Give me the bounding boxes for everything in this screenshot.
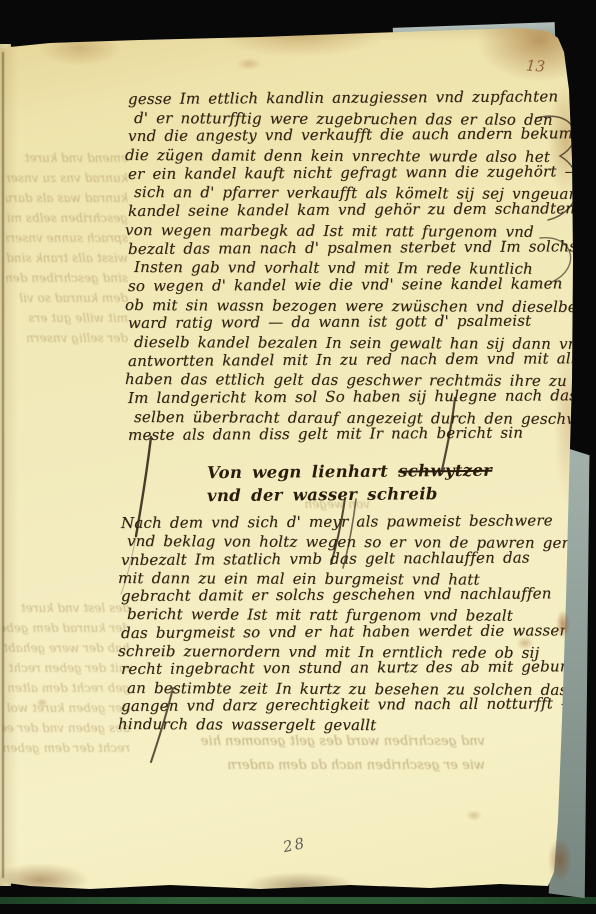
manuscript-line: gebracht damit er solchs geschehen vnd n…	[121, 584, 596, 605]
heading-line: Von wegn lienhart schwytzer	[207, 459, 492, 484]
heading-line: vnd der wasser schreib	[207, 482, 492, 507]
show-through-line: sind geschriben dem	[6, 268, 128, 288]
show-through-line: der kunrad dem geben	[2, 618, 130, 638]
show-through-line: emend vnd kuret	[6, 148, 128, 168]
show-through-left-top: emend vnd kuret kunrad vns zu vnsern kun…	[6, 148, 128, 358]
text-block-1: gesse Im ettlich kandlin anzugiessen vnd…	[128, 90, 596, 445]
show-through-line: sprach sunne vnsers	[6, 228, 128, 248]
table-edge-strip	[0, 897, 596, 904]
manuscript-line: kandel seine kandel kam vnd gehör zu dem…	[128, 199, 596, 221]
manuscript-line: gesse Im ettlich kandlin anzugiessen vnd…	[128, 87, 596, 109]
show-through-line: mit der geben recht	[2, 658, 130, 678]
stain	[466, 810, 482, 821]
show-through-line: wie er geschriben nach da dem andern	[133, 754, 485, 778]
manuscript-line: das burgmeist so vnd er hat haben werdet…	[121, 621, 596, 642]
show-through-line: der geben kuret wol	[2, 698, 130, 718]
pencil-foliation-number: 28	[281, 834, 307, 856]
show-through-line: recht der dem geben	[2, 738, 130, 758]
show-through-line: der sellig vnsern	[6, 328, 128, 348]
manuscript-line: hindurch das wassergelt gevallt	[118, 715, 596, 735]
show-through-bottom-center: vnd geschriben ward des gelt genomen hie…	[133, 730, 485, 786]
folio-number: 13	[525, 56, 545, 75]
manuscript-line: gangen vnd darz gerechtigkeit vnd nach a…	[121, 694, 596, 715]
manuscript-line: er ein kandel kauft nicht gefragt wann d…	[128, 162, 596, 184]
manuscript-line: antwortten kandel mit In zu red nach dem…	[128, 349, 596, 371]
manuscript-line: vnbezalt Im statlich vmb das gelt nachla…	[121, 548, 596, 569]
manuscript-line: bezalt das man nach d' psalmen sterbet v…	[128, 236, 596, 258]
heading-text: Von wegn lienhart	[207, 462, 388, 483]
show-through-line: mit wille gut ers	[6, 308, 128, 328]
manuscript-line: Nach dem vnd sich d' meyr als pawmeist b…	[121, 511, 596, 532]
manuscript-line: meste als dann diss gelt mit Ir nach ber…	[128, 423, 596, 445]
show-through-line: geb recht dem alten	[2, 678, 130, 698]
manuscript-line: recht ingebracht von stund an kurtz des …	[121, 657, 596, 678]
manuscript-line: so wegen d' kandel wie die vnd' seine ka…	[128, 274, 596, 296]
show-through-line: kunrad was als darumb	[6, 188, 128, 208]
manuscript-line: Im landgericht kom sol So haben sij hule…	[128, 386, 596, 408]
show-through-line: des geben vnd der ee	[2, 718, 130, 738]
spine-crease-line	[2, 52, 4, 878]
heading-struck-word: schwytzer	[398, 461, 492, 481]
manuscript-line: vnd die angesty vnd verkaufft die auch a…	[128, 124, 596, 146]
stain	[236, 58, 262, 70]
section-heading: Von wegn lienhart schwytzer vnd der wass…	[207, 460, 492, 506]
photograph-background: emend vnd kuret kunrad vns zu vnsern kun…	[0, 0, 596, 914]
show-through-left-bottom: des lest vnd kuret der kunrad dem geben …	[2, 598, 130, 768]
show-through-line: geschriben selbs mit	[6, 208, 128, 228]
show-through-line: kunrad vns zu vnsern	[6, 168, 128, 188]
show-through-line: hab der were gehabt	[2, 638, 130, 658]
show-through-line: des lest vnd kuret	[2, 598, 130, 618]
show-through-line: dem kunrad so vil	[6, 288, 128, 308]
manuscript-line: ward ratig word — da wann ist gott d' ps…	[128, 311, 596, 333]
show-through-line: wisst alls trank sind	[6, 248, 128, 268]
manuscript-page: emend vnd kuret kunrad vns zu vnsern kun…	[0, 0, 596, 914]
text-block-2: Nach dem vnd sich d' meyr als pawmeist b…	[121, 514, 596, 734]
